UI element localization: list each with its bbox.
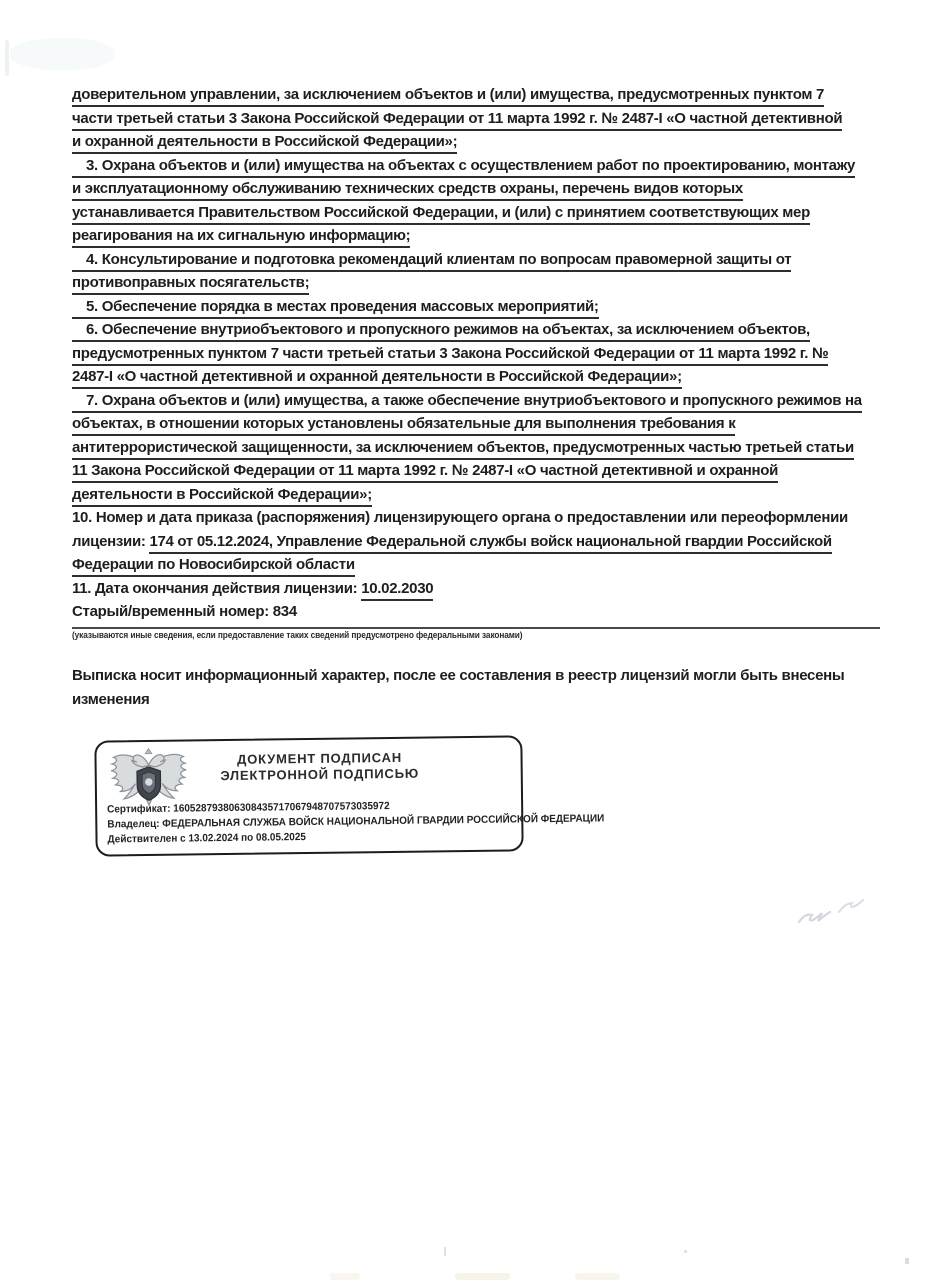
note-line: изменения: [72, 691, 900, 708]
field-label: 11. Дата окончания действия лицензии:: [72, 580, 361, 597]
scan-speck: [905, 1258, 909, 1264]
document-line-item-11: 11. Дата окончания действия лицензии: 10…: [72, 580, 433, 601]
note-line: Выписка носит информационный характер, п…: [72, 667, 900, 684]
order-number-value: 174 от 05.12.2024, Управление Федерально…: [149, 533, 831, 554]
document-line: предусмотренных пунктом 7 части третьей …: [72, 345, 828, 366]
scanned-document-page: доверительном управлении, за исключением…: [0, 0, 931, 1280]
document-line: и эксплуатационному обслуживанию техниче…: [72, 180, 743, 201]
document-line: Федерации по Новосибирской области: [72, 556, 355, 577]
scan-artifact-blob: [10, 38, 114, 70]
electronic-signature-stamp: ДОКУМЕНТ ПОДПИСАН ЭЛЕКТРОННОЙ ПОДПИСЬЮ С…: [94, 735, 523, 856]
document-line-item-7: 7. Охрана объектов и (или) имущества, а …: [72, 392, 862, 413]
document-line: и охранной деятельности в Российской Фед…: [72, 133, 457, 154]
stamp-title-line2: ЭЛЕКТРОННОЙ ПОДПИСЬЮ: [205, 765, 435, 784]
document-line: противоправных посягательств;: [72, 274, 309, 295]
stamp-header: ДОКУМЕНТ ПОДПИСАН ЭЛЕКТРОННОЙ ПОДПИСЬЮ: [104, 743, 513, 806]
document-line: объектах, в отношении которых установлен…: [72, 415, 735, 436]
document-line: 11 Закона Российской Федерации от 11 мар…: [72, 462, 778, 483]
old-number-line: Старый/временный номер: 834: [72, 603, 297, 624]
document-line: реагирования на их сигнальную информацию…: [72, 227, 410, 248]
scan-smudge: [330, 1273, 360, 1280]
document-line: устанавливается Правительством Российско…: [72, 204, 810, 225]
document-line-item-5: 5. Обеспечение порядка в местах проведен…: [72, 298, 599, 319]
document-line: антитеррористической защищенности, за ис…: [72, 439, 854, 460]
document-body: доверительном управлении, за исключением…: [72, 86, 900, 715]
stamp-details: Сертификат: 1605287938063084357170679487…: [107, 798, 497, 848]
document-line: лицензии: 174 от 05.12.2024, Управление …: [72, 533, 832, 554]
expiry-date-value: 10.02.2030: [361, 580, 433, 601]
field-label: лицензии:: [72, 533, 149, 550]
scan-smudge: [575, 1273, 620, 1280]
document-line: 2487-I «О частной детективной и охранной…: [72, 368, 682, 389]
document-line-item-10: 10. Номер и дата приказа (распоряжения) …: [72, 509, 848, 530]
stamp-title: ДОКУМЕНТ ПОДПИСАН ЭЛЕКТРОННОЙ ПОДПИСЬЮ: [204, 749, 434, 784]
scan-smudge: [455, 1273, 510, 1280]
scan-artifact-strip: [5, 40, 9, 76]
pencil-scribble-artifact: [795, 896, 870, 935]
document-line: части третьей статьи 3 Закона Российской…: [72, 110, 842, 131]
footnote-text: (указываются иные сведения, если предост…: [72, 630, 834, 640]
scan-speck: [684, 1250, 687, 1253]
document-line-item-4: 4. Консультирование и подготовка рекомен…: [72, 251, 791, 272]
document-line-item-6: 6. Обеспечение внутриобъектового и пропу…: [72, 321, 810, 342]
document-line-item-3: 3. Охрана объектов и (или) имущества на …: [72, 157, 855, 178]
informational-note: Выписка носит информационный характер, п…: [72, 667, 900, 708]
horizontal-rule: [72, 627, 880, 629]
document-line: деятельности в Российской Федерации»;: [72, 486, 372, 507]
document-line: доверительном управлении, за исключением…: [72, 86, 824, 107]
scan-speck: [444, 1247, 446, 1256]
